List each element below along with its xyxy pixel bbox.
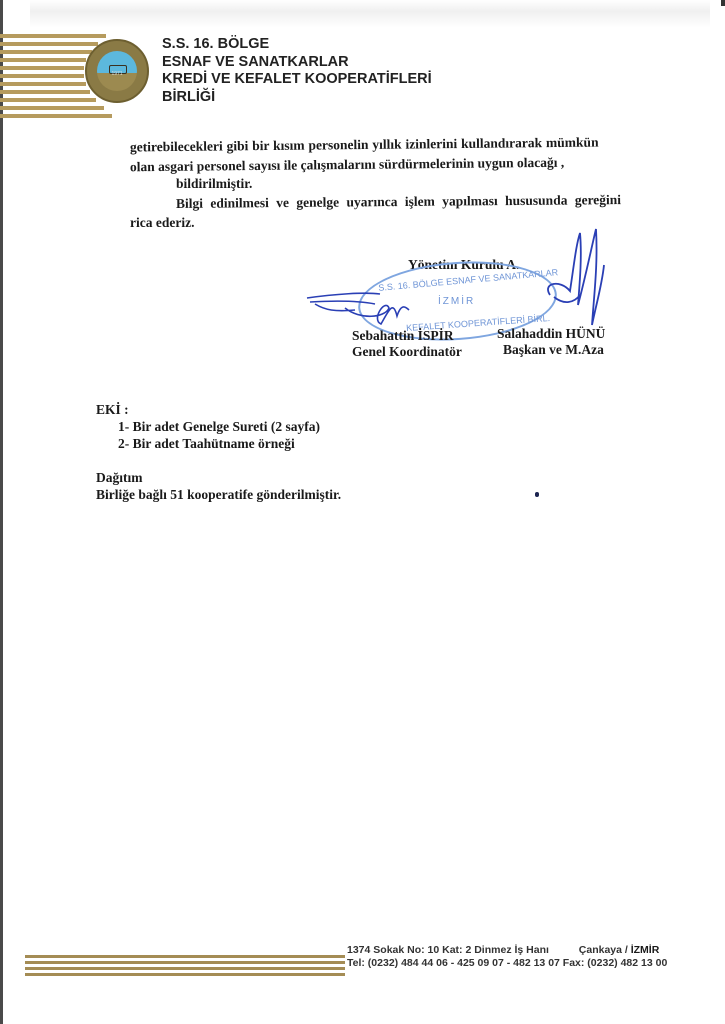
scan-corner-mark — [721, 0, 725, 6]
emblem-year: 1971 — [87, 71, 147, 77]
signature-hunu — [540, 225, 610, 335]
footer-address: 1374 Sokak No: 10 Kat: 2 Dinmez İş Hanı — [347, 944, 549, 956]
distribution-text: Birliğe bağlı 51 kooperatife gönderilmiş… — [96, 487, 341, 503]
attachments-label: EKİ : — [96, 402, 129, 418]
attachment-item: 2- Bir adet Taahütname örneği — [118, 436, 295, 452]
attachment-item: 1- Bir adet Genelge Sureti (2 sayfa) — [118, 419, 320, 435]
org-line: ESNAF VE SANATKARLAR — [162, 54, 432, 72]
stamp-center-text: İZMİR — [438, 296, 475, 307]
org-line: S.S. 16. BÖLGE — [162, 36, 432, 54]
organization-name: S.S. 16. BÖLGE ESNAF VE SANATKARLAR KRED… — [162, 36, 432, 106]
footer-city: Çankaya / — [579, 944, 628, 956]
footer-address-line: 1374 Sokak No: 10 Kat: 2 Dinmez İş Hanı … — [347, 944, 667, 957]
signatory-1-title: Genel Koordinatör — [352, 344, 462, 360]
org-line: BİRLİĞİ — [162, 89, 432, 107]
signatory-2-title: Başkan ve M.Aza — [503, 342, 604, 358]
scan-top-shade — [30, 0, 710, 28]
body-line: olan asgari personel sayısı ile çalışmal… — [130, 155, 564, 176]
signatory-2-name: Salahaddin HÜNÜ — [497, 326, 605, 342]
distribution-label: Dağıtım — [96, 470, 143, 486]
ink-speck — [535, 492, 539, 497]
footer-city-bold: İZMİR — [631, 944, 660, 956]
body-line: rica ederiz. — [130, 215, 194, 231]
cooperative-emblem-icon: 1971 — [85, 39, 149, 103]
footer-gold-stripes — [25, 955, 345, 979]
body-line: Bilgi edinilmesi ve genelge uyarınca işl… — [176, 192, 621, 212]
body-line: bildirilmiştir. — [176, 176, 252, 192]
footer-phone: Tel: (0232) 484 44 06 - 425 09 07 - 482 … — [347, 957, 560, 969]
footer-fax: Fax: (0232) 482 13 00 — [563, 957, 668, 969]
signatory-1-name: Sebahattin İSPİR — [352, 328, 454, 344]
footer-contact: 1374 Sokak No: 10 Kat: 2 Dinmez İş Hanı … — [347, 944, 667, 970]
footer-phone-line: Tel: (0232) 484 44 06 - 425 09 07 - 482 … — [347, 957, 667, 970]
body-line: getirebilecekleri gibi bir kısım persone… — [130, 135, 599, 156]
org-line: KREDİ VE KEFALET KOOPERATİFLERİ — [162, 71, 432, 89]
scan-left-edge — [0, 0, 3, 1024]
